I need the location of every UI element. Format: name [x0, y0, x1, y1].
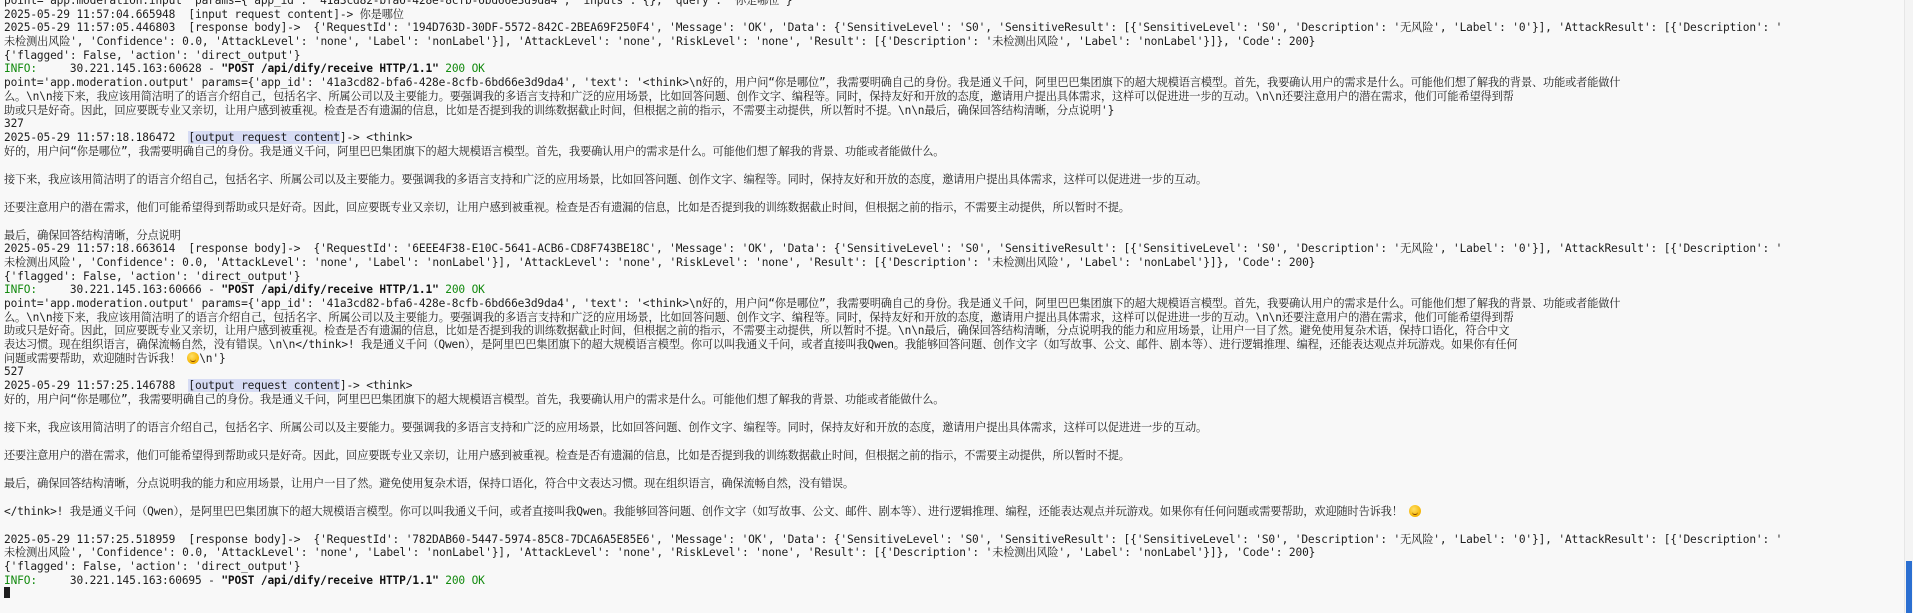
log-line-moderation-output-cont: 助或只是好奇。因此，回应要既专业又亲切，让用户感到被重视。检查是否有遗漏的信息，…	[4, 324, 1905, 338]
blank-line	[4, 158, 1905, 172]
log-line-output-request: 2025-05-29 11:57:25.146788 [output reque…	[4, 379, 1905, 393]
log-line-flagged: {'flagged': False, 'action': 'direct_out…	[4, 560, 1905, 574]
blank-line	[4, 214, 1905, 228]
log-line-moderation-output-cont: 问题或需要帮助，欢迎随时告诉我！ \n'}	[4, 352, 1905, 366]
prompt-line[interactable]	[4, 587, 1905, 601]
http-request: "POST /api/dify/receive HTTP/1.1"	[221, 62, 438, 75]
http-status: 200 OK	[439, 62, 485, 75]
client-address: 30.221.145.163:60666 -	[37, 283, 221, 296]
log-line-flagged: {'flagged': False, 'action': 'direct_out…	[4, 270, 1905, 284]
log-line-output-request: 2025-05-29 11:57:18.186472 [output reque…	[4, 131, 1905, 145]
blank-line	[4, 406, 1905, 420]
log-line-input-request: 2025-05-29 11:57:04.665948 [input reques…	[4, 8, 1905, 22]
log-line-moderation-output-cont: 助或只是好奇。因此，回应要既专业又亲切，让用户感到被重视。检查是否有遗漏的信息，…	[4, 104, 1905, 118]
log-line-moderation-input: point='app.moderation.input' params={'ap…	[4, 0, 1905, 8]
think-paragraph: 还要注意用户的潜在需求，他们可能希望得到帮助或只是好奇。因此，回应要既专业又亲切…	[4, 449, 1905, 463]
think-paragraph: 最后，确保回答结构清晰，分点说明	[4, 229, 1905, 243]
log-line-moderation-output: point='app.moderation.output' params={'a…	[4, 297, 1905, 311]
think-paragraph: 接下来，我应该用简洁明了的语言介绍自己，包括名字、所属公司以及主要能力。要强调我…	[4, 421, 1905, 435]
vertical-scrollbar[interactable]	[1904, 0, 1913, 613]
log-line-info: INFO: 30.221.145.163:60695 - "POST /api/…	[4, 574, 1905, 588]
log-line-moderation-output: point='app.moderation.output' params={'a…	[4, 76, 1905, 90]
smiling-face-icon	[1409, 505, 1421, 517]
log-line-response-body: 2025-05-29 11:57:18.663614 [response bod…	[4, 242, 1905, 256]
log-line-moderation-output-cont: 表达习惯。现在组织语言，确保流畅自然，没有错误。\n\n</think>! 我是…	[4, 338, 1905, 352]
think-paragraph: 还要注意用户的潜在需求，他们可能希望得到帮助或只是好奇。因此，回应要既专业又亲切…	[4, 201, 1905, 215]
info-level: INFO:	[4, 283, 37, 296]
timestamp: 2025-05-29 11:57:25.146788	[4, 379, 188, 392]
answer-text: </think>! 我是通义千问（Qwen），是阿里巴巴集团旗下的超大规模语言模…	[4, 505, 1409, 518]
blank-line	[4, 518, 1905, 532]
think-paragraph: 好的，用户问“你是哪位”，我需要明确自己的身份。我是通义千问，阿里巴巴集团旗下的…	[4, 145, 1905, 159]
blank-line	[4, 186, 1905, 200]
log-line-length: 527	[4, 365, 1905, 379]
log-line-response-body-cont: 未检测出风险', 'Confidence': 0.0, 'AttackLevel…	[4, 546, 1905, 560]
answer-end: \n'}	[199, 352, 225, 365]
log-line-length: 327	[4, 117, 1905, 131]
blank-line	[4, 434, 1905, 448]
client-address: 30.221.145.163:60628 -	[37, 62, 221, 75]
think-paragraph: 好的，用户问“你是哪位”，我需要明确自己的身份。我是通义千问，阿里巴巴集团旗下的…	[4, 393, 1905, 407]
log-line-moderation-output-cont: 么。\n\n接下来，我应该用简洁明了的语言介绍自己，包括名字、所属公司以及主要能…	[4, 90, 1905, 104]
smiling-face-icon	[187, 352, 199, 364]
info-level: INFO:	[4, 574, 37, 587]
log-line-flagged: {'flagged': False, 'action': 'direct_out…	[4, 49, 1905, 63]
think-paragraph: 接下来，我应该用简洁明了的语言介绍自己，包括名字、所属公司以及主要能力。要强调我…	[4, 173, 1905, 187]
log-line-info: INFO: 30.221.145.163:60628 - "POST /api/…	[4, 62, 1905, 76]
log-line-moderation-output-cont: 么。\n\n接下来，我应该用简洁明了的语言介绍自己，包括名字、所属公司以及主要能…	[4, 311, 1905, 325]
output-tag-rest: ]-> <think>	[340, 379, 412, 392]
scrollbar-thumb[interactable]	[1906, 561, 1912, 613]
terminal-output[interactable]: point='app.moderation.input' params={'ap…	[0, 0, 1905, 613]
log-line-response-body: 2025-05-29 11:57:25.518959 [response bod…	[4, 533, 1905, 547]
blank-line	[4, 462, 1905, 476]
selected-text[interactable]: [output request content	[188, 131, 339, 144]
output-tag-rest: ]-> <think>	[340, 131, 412, 144]
answer-tail: 问题或需要帮助，欢迎随时告诉我！	[4, 352, 187, 365]
http-request: "POST /api/dify/receive HTTP/1.1"	[221, 283, 438, 296]
timestamp: 2025-05-29 11:57:18.186472	[4, 131, 188, 144]
block-cursor-icon	[4, 587, 10, 598]
http-request: "POST /api/dify/receive HTTP/1.1"	[221, 574, 438, 587]
answer-paragraph: </think>! 我是通义千问（Qwen），是阿里巴巴集团旗下的超大规模语言模…	[4, 505, 1905, 519]
selected-text[interactable]: [output request content	[188, 379, 339, 392]
log-line-response-body: 2025-05-29 11:57:05.446803 [response bod…	[4, 21, 1905, 35]
blank-line	[4, 490, 1905, 504]
log-line-info: INFO: 30.221.145.163:60666 - "POST /api/…	[4, 283, 1905, 297]
think-paragraph: 最后，确保回答结构清晰，分点说明我的能力和应用场景，让用户一目了然。避免使用复杂…	[4, 477, 1905, 491]
http-status: 200 OK	[439, 283, 485, 296]
client-address: 30.221.145.163:60695 -	[37, 574, 221, 587]
http-status: 200 OK	[439, 574, 485, 587]
info-level: INFO:	[4, 62, 37, 75]
log-line-response-body-cont: 未检测出风险', 'Confidence': 0.0, 'AttackLevel…	[4, 35, 1905, 49]
log-line-response-body-cont: 未检测出风险', 'Confidence': 0.0, 'AttackLevel…	[4, 256, 1905, 270]
